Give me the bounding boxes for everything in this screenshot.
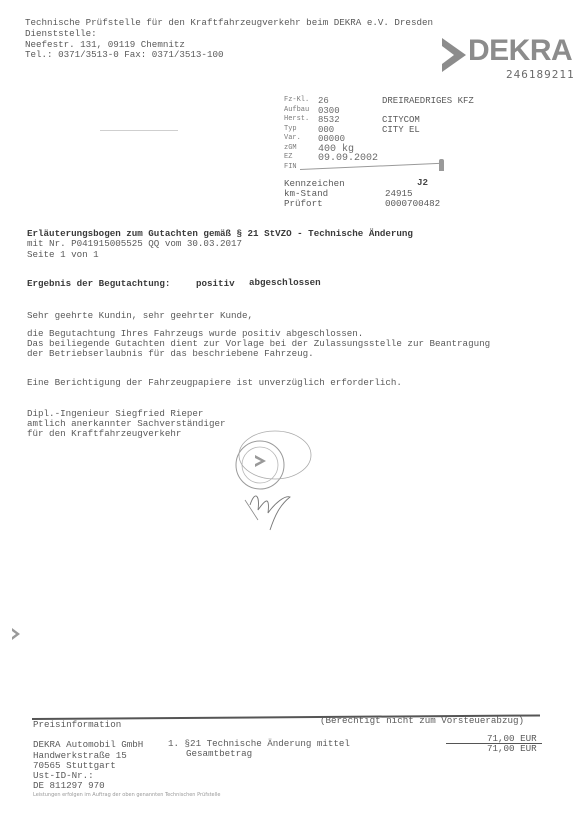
- total-label: Gesamtbetrag: [186, 749, 252, 760]
- field-row: Fz-Kl. 26 DREIRAEDRIGES KFZ: [284, 96, 474, 106]
- dekra-margin-arrow-icon: [11, 628, 21, 640]
- field-value: 400 kg: [318, 144, 382, 154]
- pruefort-label: Prüfort: [284, 199, 323, 210]
- logo-brand: DEKRA: [468, 34, 572, 68]
- field-value: 26: [318, 96, 382, 106]
- field-row: Var. 00000: [284, 134, 474, 144]
- field-label: zGM: [284, 144, 318, 154]
- field-value: 00000: [318, 134, 382, 144]
- field-value: 000: [318, 125, 382, 135]
- field-desc: CITY EL: [382, 125, 420, 135]
- correction-notice: Eine Berichtigung der Fahrzeugpapiere is…: [27, 378, 402, 389]
- tax-note: (Berechtigt nicht zum Vorsteuerabzug): [320, 716, 524, 727]
- field-row: zGM 400 kg: [284, 144, 474, 154]
- kennzeichen-value: J2: [417, 178, 428, 189]
- dekra-arrow-icon: [440, 38, 468, 72]
- logo-number: 246189211: [506, 68, 575, 81]
- field-label: Var.: [284, 134, 318, 144]
- field-desc: DREIRAEDRIGES KFZ: [382, 96, 474, 106]
- field-label: Typ: [284, 125, 318, 135]
- office-phone-fax: Tel.: 0371/3513-0 Fax: 0371/3513-100: [25, 50, 223, 61]
- footer-note: Leistungen erfolgen im Auftrag der oben …: [33, 792, 220, 798]
- field-value: 8532: [318, 115, 382, 125]
- field-label: Herst.: [284, 115, 318, 125]
- result-status: positiv: [196, 279, 235, 290]
- field-value: 0300: [318, 106, 382, 116]
- price-heading: Preisinformation: [33, 720, 121, 731]
- dekra-logo: DEKRA 246189211: [440, 36, 580, 84]
- field-row: FIN: [284, 163, 474, 173]
- report-reference: mit Nr. P041915005525 QQ vom 30.03.2017: [27, 239, 242, 250]
- office-label: Dienststelle:: [25, 29, 97, 40]
- field-label: Fz-Kl.: [284, 96, 318, 106]
- signatory-role: für den Kraftfahrzeugverkehr: [27, 429, 181, 440]
- field-row: Aufbau 0300: [284, 106, 474, 116]
- result-label: Ergebnis der Begutachtung:: [27, 279, 170, 290]
- page-indicator: Seite 1 von 1: [27, 250, 99, 261]
- field-label: EZ: [284, 153, 318, 163]
- official-stamp-icon: [230, 425, 320, 535]
- field-desc: CITYCOM: [382, 115, 420, 125]
- result-state: abgeschlossen: [249, 278, 321, 289]
- fin-redaction-mark: [439, 159, 444, 171]
- pruefort-value: 0000700482: [385, 199, 440, 210]
- field-row: EZ 09.09.2002: [284, 153, 474, 163]
- total-amount: 71,00 EUR: [487, 744, 537, 755]
- field-value: 09.09.2002: [318, 153, 382, 163]
- faint-rule: [100, 130, 178, 131]
- vehicle-fields: Fz-Kl. 26 DREIRAEDRIGES KFZ Aufbau 0300 …: [284, 96, 474, 172]
- field-label: FIN: [284, 163, 318, 173]
- salutation: Sehr geehrte Kundin, sehr geehrter Kunde…: [27, 311, 253, 322]
- vat-number: DE 811297 970: [33, 781, 105, 792]
- body-line: der Betriebserlaubnis für das beschriebe…: [27, 349, 314, 360]
- issuer-line: Technische Prüfstelle für den Kraftfahrz…: [25, 18, 433, 29]
- field-label: Aufbau: [284, 106, 318, 116]
- company-name: DEKRA Automobil GmbH: [33, 740, 143, 751]
- field-row: Typ 000 CITY EL: [284, 125, 474, 135]
- field-row: Herst. 8532 CITYCOM: [284, 115, 474, 125]
